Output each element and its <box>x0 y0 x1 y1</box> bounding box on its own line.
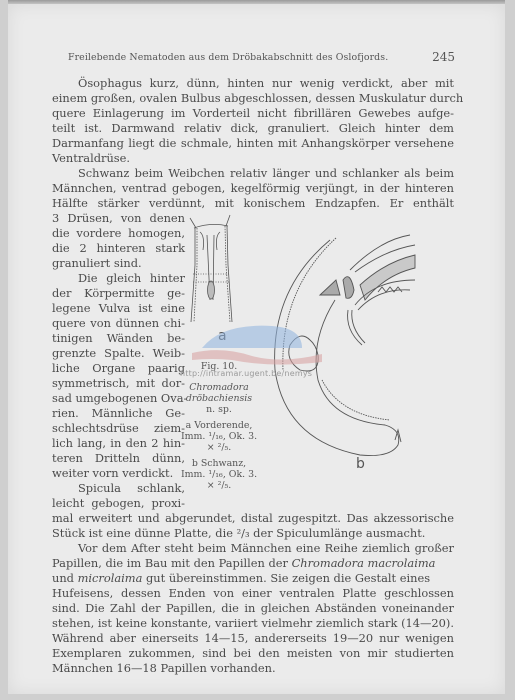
caption-b-magnification: Imm. ¹/₁₆, Ok. 3. <box>176 469 262 480</box>
caption-a-title: a Vorderende, <box>176 420 262 431</box>
species-name: microlaima <box>78 571 143 585</box>
text-line: 3 Drüsen, von denen <box>52 211 185 226</box>
text-line: Exemplaren zukommen, sind bei den meiste… <box>52 646 454 661</box>
text-line: Darmanfang liegt die schmale, hinten mit… <box>52 136 454 151</box>
text-line: quere Einlagerung im Vorderteil nicht fi… <box>52 106 454 121</box>
text-line: schlechtsdrüse ziem- <box>52 421 185 436</box>
text-line: lich lang, in den 2 hin- <box>52 436 185 451</box>
running-header: Freilebende Nematoden aus dem Dröbakabsc… <box>50 51 455 65</box>
species-name: dröbachiensis <box>176 393 262 404</box>
text-line: teilt ist. Darmwand relativ dick, granul… <box>52 121 454 136</box>
text-line: sad umgebogenen Ova- <box>52 391 185 406</box>
text-span: Papillen, die im Bau mit den Papillen de… <box>52 556 292 570</box>
caption-b-title: b Schwanz, <box>176 458 262 469</box>
species-name: Chromadora macrolaima <box>292 556 436 570</box>
text-line: leicht gebogen, proxi- <box>52 496 185 511</box>
caption-a-magnification: Imm. ¹/₁₆, Ok. 3. <box>176 431 262 442</box>
running-title: Freilebende Nematoden aus dem Dröbakabsc… <box>68 52 388 63</box>
caption-b-scale: × ²/₅. <box>176 480 262 491</box>
text-line: grenzte Spalte. Weib- <box>52 346 185 361</box>
text-line: granuliert sind. <box>52 256 185 271</box>
figure-caption: Fig. 10. Chromadora dröbachiensis n. sp.… <box>176 361 262 491</box>
text-line: die 2 hinteren stark <box>52 241 185 256</box>
page-number: 245 <box>432 50 455 64</box>
text-line: teren Dritteln dünn, <box>52 451 185 466</box>
taxon-status: n. sp. <box>176 404 262 415</box>
text-line: Männchen 16—18 Papillen vorhanden. <box>52 661 454 676</box>
text-line: Hufeisens, dessen Enden von einer ventra… <box>52 586 454 601</box>
text-line: Hälfte stärker verdünnt, mit konischem E… <box>52 196 454 211</box>
text-line: die vordere homogen, <box>52 226 185 241</box>
text-line: Schwanz beim Weibchen relativ länger und… <box>52 166 454 181</box>
text-line: Männchen, ventrad gebogen, kegelförmig v… <box>52 181 454 196</box>
text-line: und microlaima gut übereinstimmen. Sie z… <box>52 571 454 586</box>
text-line: symmetrisch, mit dor- <box>52 376 185 391</box>
text-line: weiter vorn verdickt. <box>52 466 185 481</box>
text-line: liche Organe paarig <box>52 361 185 376</box>
text-line: Spicula schlank, <box>52 481 185 496</box>
text-line: Stück ist eine dünne Platte, die ²/₃ der… <box>52 526 454 541</box>
text-line: quere von dünnen chi- <box>52 316 185 331</box>
text-line: Vor dem After steht beim Männchen eine R… <box>52 541 454 556</box>
text-line: mal erweitert und abgerundet, distal zug… <box>52 511 454 526</box>
text-line: sind. Die Zahl der Papillen, die in glei… <box>52 601 454 616</box>
text-span: und <box>52 571 78 585</box>
text-line: Ösophagus kurz, dünn, hinten nur wenig v… <box>52 76 454 91</box>
text-line: Während aber einerseits 14—15, andererse… <box>52 631 454 646</box>
text-line: rien. Männliche Ge- <box>52 406 185 421</box>
text-line: tinigen Wänden be- <box>52 331 185 346</box>
text-line: einem großen, ovalen Bulbus abgeschlosse… <box>52 91 454 106</box>
text-line: Die gleich hinter <box>52 271 185 286</box>
text-line: legene Vulva ist eine <box>52 301 185 316</box>
text-line: Ventraldrüse. <box>52 151 454 166</box>
figure-number: Fig. 10. <box>176 361 262 372</box>
anterior-end-drawing <box>190 215 232 322</box>
text-line: Papillen, die im Bau mit den Papillen de… <box>52 556 454 571</box>
text-line: der Körpermitte ge- <box>52 286 185 301</box>
genus-name: Chromadora <box>176 382 262 393</box>
figure-label-b: b <box>356 456 365 472</box>
text-line: stehen, ist keine konstante, variiert vi… <box>52 616 454 631</box>
text-span: gut übereinstimmen. Sie zeigen die Gesta… <box>142 571 430 585</box>
caption-a-scale: × ²/₅. <box>176 442 262 453</box>
